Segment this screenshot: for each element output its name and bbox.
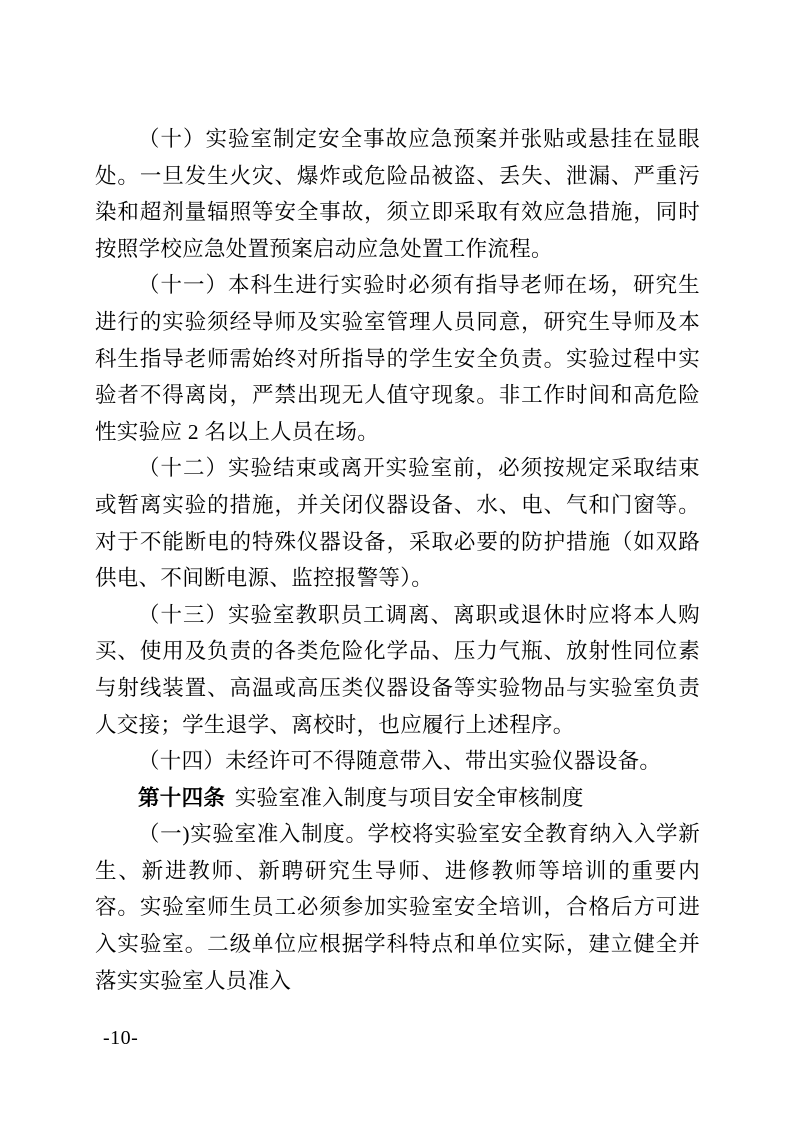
paragraph-item-14: （十四）未经许可不得随意带入、带出实验仪器设备。 xyxy=(95,743,700,780)
document-page: （十）实验室制定安全事故应急预案并张贴或悬挂在显眼处。一旦发生火灾、爆炸或危险品… xyxy=(0,0,793,1122)
page-number: -10- xyxy=(103,1026,138,1050)
paragraph-item-11: （十一）本科生进行实验时必须有指导老师在场，研究生进行的实验须经导师及实验室管理… xyxy=(95,267,700,450)
paragraph-item-13: （十三）实验室教职员工调离、离职或退休时应将本人购买、使用及负责的各类危险化学品… xyxy=(95,597,700,743)
article-heading: 第十四条实验室准入制度与项目安全审核制度 xyxy=(95,780,700,817)
document-body: （十）实验室制定安全事故应急预案并张贴或悬挂在显眼处。一旦发生火灾、爆炸或危险品… xyxy=(95,121,700,999)
article-heading-number: 第十四条 xyxy=(138,786,225,810)
paragraph-item-1: （一)实验室准入制度。学校将实验室安全教育纳入入学新生、新进教师、新聘研究生导师… xyxy=(95,816,700,999)
paragraph-item-12: （十二）实验结束或离开实验室前，必须按规定采取结束或暂离实验的措施，并关闭仪器设… xyxy=(95,450,700,596)
paragraph-item-10: （十）实验室制定安全事故应急预案并张贴或悬挂在显眼处。一旦发生火灾、爆炸或危险品… xyxy=(95,121,700,267)
article-heading-title: 实验室准入制度与项目安全审核制度 xyxy=(235,786,584,810)
